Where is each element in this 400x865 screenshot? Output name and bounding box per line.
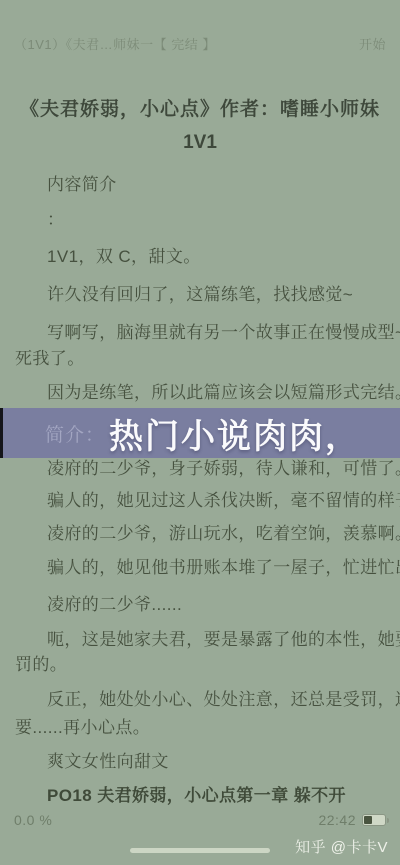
body-line: 1V1，双 C，甜文。 bbox=[47, 245, 392, 269]
chapter-title-label: （1V1）《夫君…师妹一【 完结 】 bbox=[14, 34, 216, 53]
reader-footer: 0.0 % 22:42 bbox=[0, 812, 400, 828]
reader-header: （1V1）《夫君…师妹一【 完结 】 开始 bbox=[0, 34, 400, 53]
body-line: 许久没有回归了，这篇练笔，找找感觉~ bbox=[47, 283, 392, 307]
body-line: 呃，这是她家夫君，要是暴露了他的本性，她要受 bbox=[47, 628, 392, 652]
body-line: 罚的。 bbox=[15, 653, 392, 677]
body-line: 写啊写，脑海里就有另一个故事正在慢慢成型~急 bbox=[47, 321, 392, 345]
battery-icon bbox=[362, 814, 386, 826]
battery-fill bbox=[364, 816, 372, 824]
chapter-heading-line: PO18 夫君娇弱，小心点第一章 躲不开 bbox=[47, 784, 392, 808]
battery-cap bbox=[387, 818, 389, 823]
reading-progress: 0.0 % bbox=[14, 812, 52, 828]
reader-page[interactable]: （1V1）《夫君…师妹一【 完结 】 开始 《夫君娇弱，小心点》作者：嗜睡小师妹… bbox=[0, 0, 400, 865]
watermark-label: 知乎 @卡卡V bbox=[295, 836, 388, 857]
caption-prefix: 简介： bbox=[45, 420, 105, 447]
body-line: ： bbox=[47, 208, 392, 232]
body-line: 凌府的二少爷，游山玩水，吃着空饷，羡慕啊。 bbox=[47, 522, 392, 546]
header-right-label[interactable]: 开始 bbox=[359, 34, 386, 53]
book-title-tag: 1V1 bbox=[0, 132, 400, 154]
body-line: 因为是练笔，所以此篇应该会以短篇形式完结。 bbox=[47, 381, 392, 405]
body-line: 反正，她处处小心、处处注意，还总是受罚，还 bbox=[47, 688, 392, 712]
caption-banner: 简介： 热门小说肉肉， bbox=[0, 408, 400, 458]
body-line: 内容简介 bbox=[47, 173, 392, 197]
home-indicator[interactable] bbox=[130, 848, 270, 853]
body-line: 要......再小心点。 bbox=[15, 716, 392, 740]
body-line: 爽文女性向甜文 bbox=[47, 750, 392, 774]
body-line: 凌府的二少爷...... bbox=[47, 593, 392, 617]
clock-label: 22:42 bbox=[318, 812, 356, 828]
body-line: 骗人的，她见他书册账本堆了一屋子，忙进忙出。 bbox=[47, 556, 392, 580]
book-title: 《夫君娇弱，小心点》作者：嗜睡小师妹 bbox=[0, 94, 400, 121]
body-line: 骗人的，她见过这人杀伐决断，毫不留情的样子。 bbox=[47, 489, 392, 513]
caption-headline: 热门小说肉肉， bbox=[109, 409, 361, 458]
body-line: 凌府的二少爷，身子娇弱，待人谦和，可惜了。 bbox=[47, 457, 392, 481]
body-line: 死我了。 bbox=[15, 347, 392, 371]
